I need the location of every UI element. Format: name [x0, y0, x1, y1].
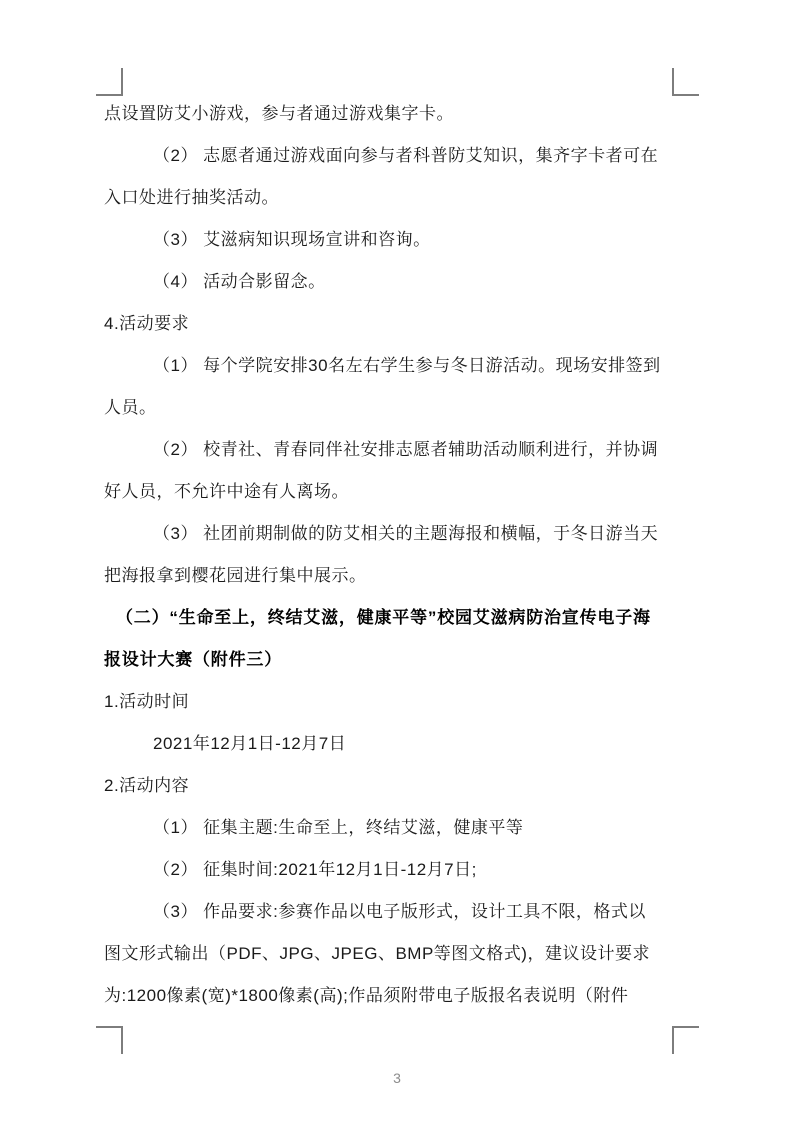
doc-line: （3） 艾滋病知识现场宣讲和咨询。 [153, 228, 431, 252]
doc-line: 把海报拿到樱花园进行集中展示。 [104, 564, 367, 588]
margin-mark-bottom-left-icon [96, 1026, 123, 1054]
doc-line: 点设置防艾小游戏，参与者通过游戏集字卡。 [104, 102, 454, 126]
document-page: 点设置防艾小游戏，参与者通过游戏集字卡。 （2） 志愿者通过游戏面向参与者科普防… [0, 0, 794, 1123]
doc-line-numbered-item: 4.活动要求 [104, 312, 189, 336]
page-number: 3 [0, 1068, 794, 1088]
doc-line: 人员。 [104, 396, 157, 420]
margin-mark-bottom-right-icon [672, 1026, 699, 1054]
doc-line: （1） 每个学院安排30名左右学生参与冬日游活动。现场安排签到 [153, 354, 661, 378]
doc-line-date: 2021年12月1日-12月7日 [153, 732, 346, 756]
section-heading-line: （二）“生命至上，终结艾滋，健康平等”校园艾滋病防治宣传电子海 [116, 606, 651, 630]
doc-line: （2） 校青社、青春同伴社安排志愿者辅助活动顺利进行，并协调 [153, 438, 658, 462]
doc-line: （1） 征集主题:生命至上，终结艾滋，健康平等 [153, 816, 523, 840]
section-heading-line: 报设计大赛（附件三） [104, 648, 282, 672]
doc-line: 好人员，不允许中途有人离场。 [104, 480, 349, 504]
doc-line: （2） 志愿者通过游戏面向参与者科普防艾知识，集齐字卡者可在 [153, 144, 658, 168]
doc-line: （4） 活动合影留念。 [153, 270, 326, 294]
doc-line: 图文形式输出（PDF、JPG、JPEG、BMP等图文格式)，建议设计要求 [104, 942, 650, 966]
doc-line: （2） 征集时间:2021年12月1日-12月7日; [153, 858, 477, 882]
doc-line-numbered-item: 2.活动内容 [104, 774, 189, 798]
doc-line: （3） 社团前期制做的防艾相关的主题海报和横幅，于冬日游当天 [153, 522, 658, 546]
doc-line: （3） 作品要求:参赛作品以电子版形式，设计工具不限，格式以 [153, 900, 646, 924]
margin-mark-top-right-icon [672, 68, 699, 96]
margin-mark-top-left-icon [96, 68, 123, 96]
doc-line: 入口处进行抽奖活动。 [104, 186, 279, 210]
doc-line: 为:1200像素(宽)*1800像素(高);作品须附带电子版报名表说明（附件 [104, 984, 628, 1008]
doc-line-numbered-item: 1.活动时间 [104, 690, 189, 714]
